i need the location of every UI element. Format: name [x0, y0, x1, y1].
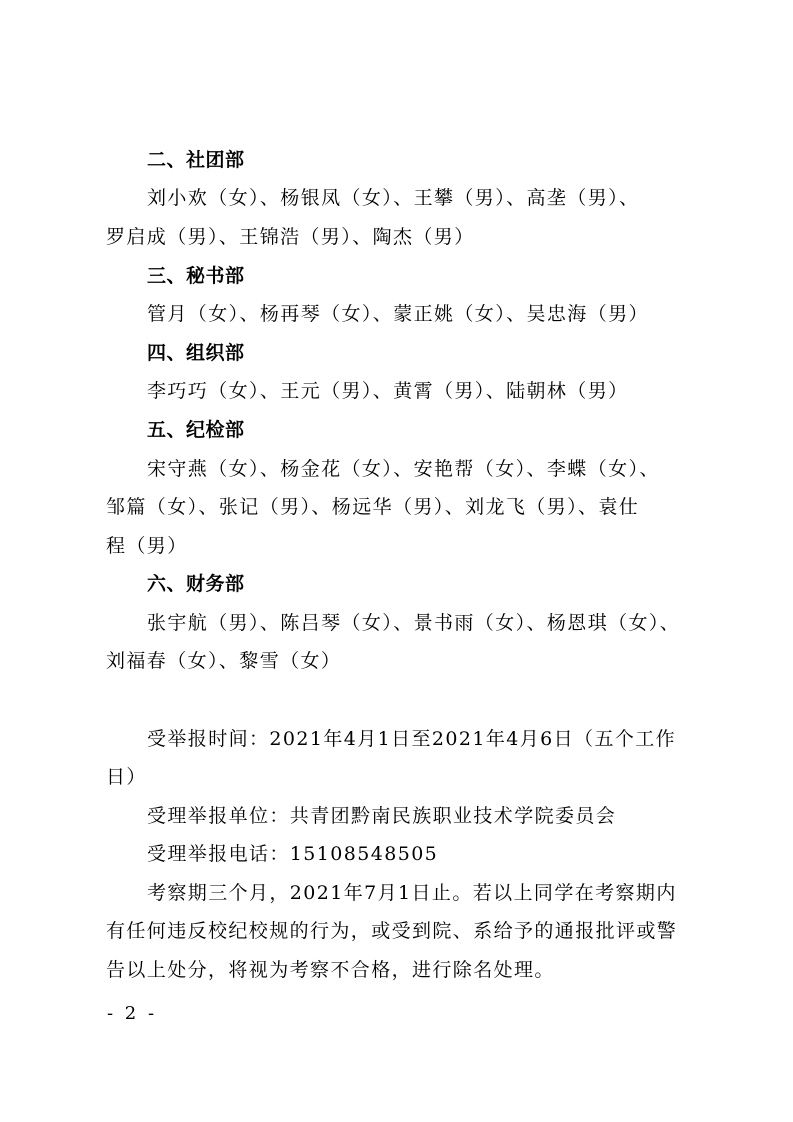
- probation-line-1: 考察期三个月，2021年7月1日止。若以上同学在考察期内: [147, 881, 737, 905]
- section-heading-clubs: 二、社团部: [147, 148, 737, 172]
- report-unit: 受理举报单位：共青团黔南民族职业技术学院委员会: [147, 804, 737, 828]
- section-heading-finance: 六、财务部: [147, 572, 737, 596]
- report-time-line-2: 日）: [106, 765, 696, 789]
- section-heading-secretariat: 三、秘书部: [147, 264, 737, 288]
- section-clubs-members-line-1: 刘小欢（女）、杨银凤（女）、王攀（男）、高垄（男）、: [147, 186, 737, 210]
- report-phone: 受理举报电话：15108548505: [147, 842, 737, 866]
- report-time-line-1: 受举报时间：2021年4月1日至2021年4月6日（五个工作: [147, 727, 737, 751]
- section-secretariat-members-line-1: 管月（女）、杨再琴（女）、蒙正姚（女）、吴忠海（男）: [147, 302, 737, 326]
- section-finance-members-line-2: 刘福春（女）、黎雪（女）: [106, 649, 696, 673]
- document-page: 二、社团部 刘小欢（女）、杨银凤（女）、王攀（男）、高垄（男）、 罗启成（男）、…: [0, 0, 793, 1122]
- section-finance-members-line-1: 张宇航（男）、陈吕琴（女）、景书雨（女）、杨恩琪（女）、: [147, 611, 737, 635]
- section-heading-organization: 四、组织部: [147, 341, 737, 365]
- page-number: - 2 -: [107, 1003, 157, 1025]
- probation-line-3: 告以上处分，将视为考察不合格，进行除名处理。: [106, 958, 696, 982]
- section-heading-discipline: 五、纪检部: [147, 418, 737, 442]
- section-discipline-members-line-3: 程（男）: [106, 534, 696, 558]
- probation-line-2: 有任何违反校纪校规的行为，或受到院、系给予的通报批评或警: [106, 919, 696, 943]
- section-clubs-members-line-2: 罗启成（男）、王锦浩（男）、陶杰（男）: [106, 225, 696, 249]
- section-discipline-members-line-1: 宋守燕（女）、杨金花（女）、安艳帮（女）、李蝶（女）、: [147, 457, 737, 481]
- section-discipline-members-line-2: 邹篇（女）、张记（男）、杨远华（男）、刘龙飞（男）、袁仕: [106, 495, 696, 519]
- section-organization-members-line-1: 李巧巧（女）、王元（男）、黄霄（男）、陆朝林（男）: [147, 379, 737, 403]
